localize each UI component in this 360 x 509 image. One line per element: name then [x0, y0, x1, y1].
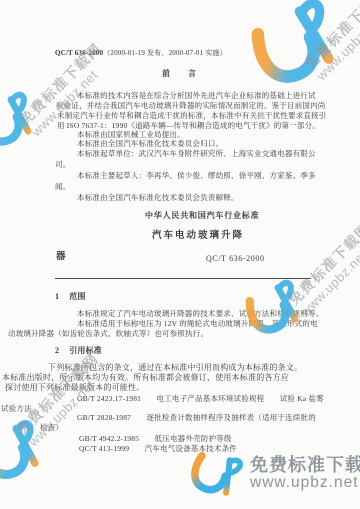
- section-number: 2: [55, 346, 59, 355]
- watermark-site-url: www.upbz.net: [298, 233, 360, 320]
- foreword-line: 司。: [55, 161, 70, 169]
- up-logo-icon: [234, 269, 315, 347]
- watermark-site-url: www.upbz.net: [250, 475, 360, 491]
- watermark-top-right: 免费标准下载网 www.upbz.net: [303, 62, 360, 93]
- document-title: 汽车电动玻璃升降: [152, 232, 244, 242]
- reference-line: GB/T 4942.2-1985 低压电器外壳防护等级: [79, 435, 232, 443]
- up-logo-icon: [0, 408, 58, 494]
- watermark-site-name: 免费标准下载网: [250, 456, 360, 475]
- reference-line: QC/T 413-1999 汽车电气设备基本技术条件: [79, 445, 237, 453]
- section1-line: 动玻璃升降器（如齿轮齿条式、软轴式等）也可参照执行。: [8, 330, 208, 338]
- watermark-bottom-right: 免费标准下载网 www.upbz.net: [188, 450, 360, 498]
- foreword-line: 未制定汽车行业传导和耦合造成干扰的标准，本标准中有关抗干扰性要求直接引: [57, 112, 327, 120]
- title-standard-code: QC/T 636-2000: [206, 255, 265, 263]
- section1-line: 本标准规定了汽车电动玻璃升降器的技术要求、试验方法和检验规则等。: [77, 310, 323, 318]
- up-logo-icon: [234, 0, 359, 104]
- foreword-line: 本标准由全国汽车标准化技术委员会归口。: [77, 140, 223, 148]
- watermark-site-name: 免费标准下载网: [303, 0, 360, 73]
- document-title-wrap: 器: [56, 253, 68, 263]
- foreword-line: 闻。: [55, 183, 70, 191]
- publish-dates: （2000-01-19 发布，2000-07-01 实施）: [103, 49, 227, 57]
- section2-line: 下列标准所包含的条文，通过在本标准中引用而构成为本标准的条文。: [48, 364, 302, 372]
- watermark-site-url: www.upbz.net: [314, 0, 360, 84]
- up-logo-icon: [188, 450, 246, 498]
- foreword-line: 用 ISO 7637-1：1990《道路车辆—传导和耦合造成的电气干扰》的第一部…: [57, 122, 320, 130]
- doc-header-line: QC/T 636-2000（2000-01-19 发布，2000-07-01 实…: [55, 50, 227, 57]
- watermark-site-name: 免费标准下载网: [287, 221, 360, 309]
- up-logo-icon: [0, 81, 49, 159]
- reference-line: GB/T 2828-1987 逐批检查计数抽样程序及抽样表（适用于连续批的: [77, 414, 316, 422]
- reference-line: 检查）: [40, 424, 63, 432]
- foreword-line: 验验证，并结合我国汽车电动玻璃升降器的实际情况而制定的。鉴于目前国内尚: [56, 102, 326, 110]
- standard-code: QC/T 636-2000: [55, 49, 103, 57]
- section1-heading: 1范围: [55, 293, 86, 301]
- national-standard-heading: 中华人民共和国汽车行业标准: [145, 212, 259, 220]
- foreword-line: 本标准由国家机械工业局提出。: [77, 131, 185, 139]
- title-divider: [55, 278, 311, 279]
- reference-line: 试验方法: [1, 405, 32, 413]
- foreword-line: 本标准的技术内容是在综合分析国外先进汽车企业标准的基础上进行试: [77, 92, 316, 100]
- scanned-standard-page: QC/T 636-2000（2000-01-19 发布，2000-07-01 实…: [0, 0, 360, 509]
- foreword-title: 前 言: [162, 70, 201, 78]
- section2-line: 探讨使用下列标准最新版本的可能性。: [5, 384, 144, 392]
- section-title: 引用标准: [69, 346, 102, 355]
- reference-line: GB/T 2423.17-1981 电工电子产品基本环境试验规程 试验 Ka 盐…: [77, 395, 324, 403]
- foreword-line: 本标准主要起草人：李再华、侯少俊、缪幼照、徐平刚、方家鉴、季多: [77, 172, 316, 180]
- section2-line: 本标准出版时，所示版本均为有效。所有标准都会被修订，使用本标准的各方应: [2, 374, 289, 382]
- foreword-line: 本标准起草单位：武汉汽车车身附件研究所、上海实业交通电器有限公: [77, 150, 316, 158]
- foreword-line: 本标准由全国汽车标准化技术委员会负责解释。: [77, 194, 239, 202]
- section-title: 范围: [69, 292, 85, 301]
- section2-heading: 2引用标准: [55, 347, 102, 355]
- section-number: 1: [55, 292, 59, 301]
- section1-line: 本标准适用于标称电压为 12V 的绳轮式电动玻璃升降器，其它形式的电: [77, 320, 318, 328]
